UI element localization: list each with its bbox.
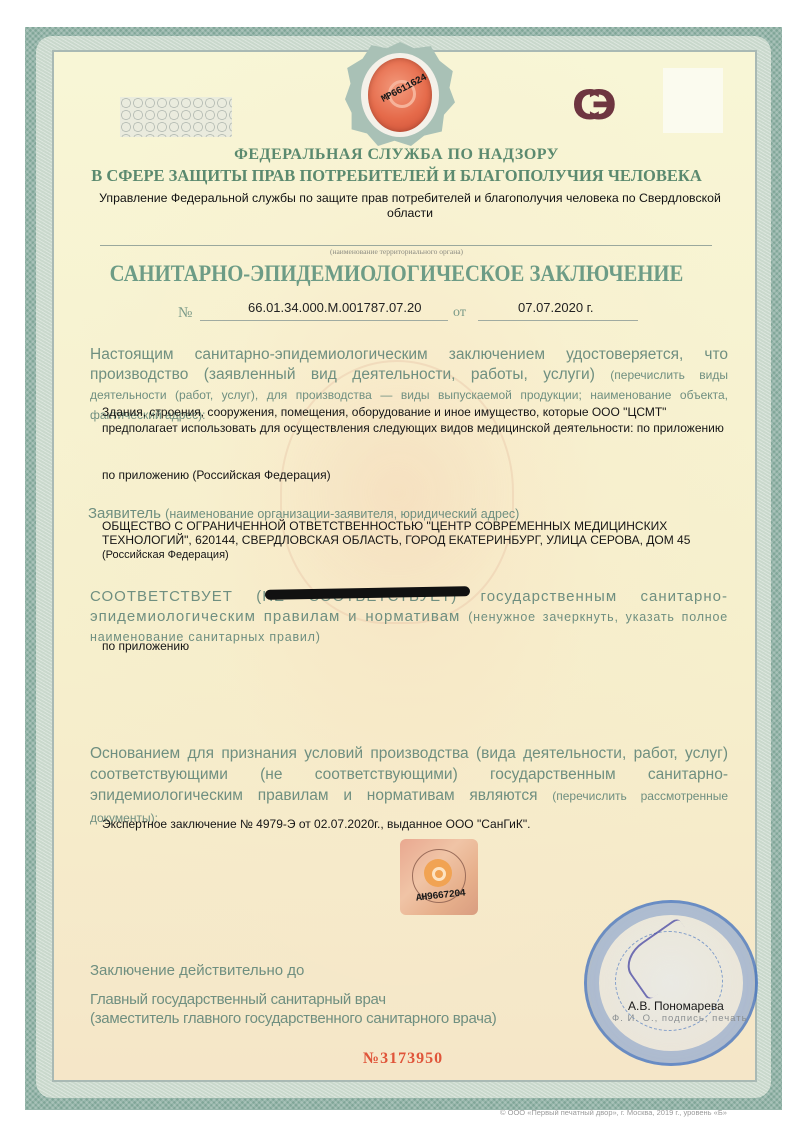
position-line2: (заместитель главного государственного с…: [90, 1010, 496, 1027]
security-pattern-icon: [120, 97, 232, 137]
document-number: 66.01.34.000.М.001787.07.20: [248, 300, 421, 315]
signatory-position: Главный государственный санитарный врач(…: [90, 990, 496, 1028]
official-seal-icon: [584, 900, 758, 1066]
agency-title-line2: В СФЕРЕ ЗАЩИТЫ ПРАВ ПОТРЕБИТЕЛЕЙ И БЛАГО…: [0, 166, 793, 186]
applicant-name-address: ОБЩЕСТВО С ОГРАНИЧЕННОЙ ОТВЕТСТВЕННОСТЬЮ…: [102, 519, 690, 547]
blank-window: [663, 68, 723, 133]
basis-value: Экспертное заключение № 4979-Э от 02.07.…: [102, 816, 530, 832]
hologram-bottom-coin: [424, 859, 452, 887]
hologram-bottom-icon: [400, 839, 478, 915]
se-mark-icon: СЭ: [572, 83, 603, 129]
object-value: Здания, строения, сооружения, помещения,…: [102, 404, 732, 436]
applicant-country: (Российская Федерация): [102, 549, 229, 561]
form-serial-number: №3173950: [363, 1050, 443, 1068]
territorial-body: Управление Федеральной службы по защите …: [95, 191, 725, 221]
date-underline: [478, 320, 638, 321]
validity-label: Заключение действительно до: [90, 962, 304, 979]
signer-caption: Ф. И. О., подпись, печать: [612, 1013, 748, 1024]
number-label: №: [178, 305, 192, 322]
compliance-value: по приложению: [102, 638, 189, 654]
document-date: 07.07.2020 г.: [518, 300, 593, 315]
territorial-caption: (наименование территориального органа): [0, 247, 793, 256]
number-underline: [200, 320, 448, 321]
compliance-verdict: СООТВЕТСТВУЕТ: [90, 588, 233, 605]
document-title: САНИТАРНО-ЭПИДЕМИОЛОГИЧЕСКОЕ ЗАКЛЮЧЕНИЕ: [40, 261, 754, 287]
applicant-value: ОБЩЕСТВО С ОГРАНИЧЕННОЙ ОТВЕТСТВЕННОСТЬЮ…: [102, 519, 722, 562]
printer-footer: © ООО «Первый печатный двор», г. Москва,…: [500, 1108, 727, 1117]
divider: [100, 245, 712, 246]
signer-name: А.В. Пономарева: [628, 999, 724, 1013]
object-address: по приложению (Российская Федерация): [102, 467, 331, 483]
agency-title-line1: ФЕДЕРАЛЬНАЯ СЛУЖБА ПО НАДЗОРУ: [0, 146, 793, 164]
position-line1: Главный государственный санитарный врач: [90, 991, 386, 1008]
logo-text: СЭ: [572, 83, 603, 129]
date-label: от: [453, 305, 466, 321]
